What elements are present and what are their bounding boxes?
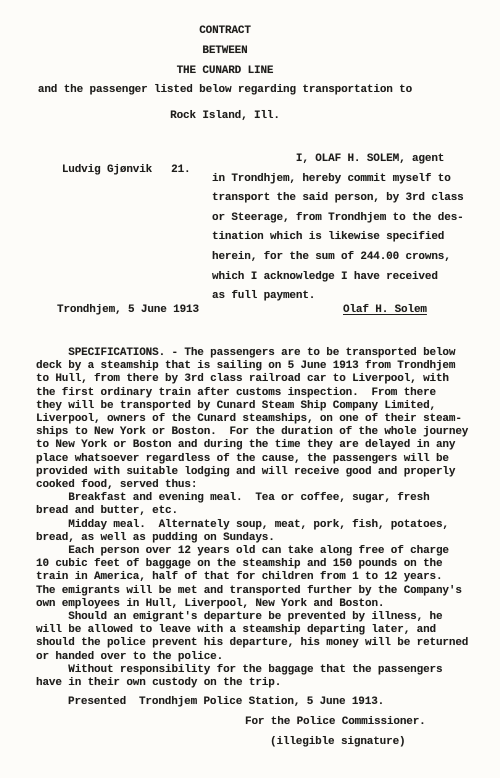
passenger-name: Ludvig Gjønvik [62,164,152,176]
passenger-number: 21. [171,164,190,176]
presented-line: Presented Trondhjem Police Station, 5 Ju… [68,696,384,709]
agent-statement: I, OLAF H. SOLEM, agent in Trondhjem, he… [212,150,492,307]
title-line-between: BETWEEN [30,42,420,62]
agent-signature: Olaf H. Solem [343,304,427,317]
place-date: Trondhjem, 5 June 1913 [57,304,199,317]
title-line-contract: CONTRACT [30,22,420,42]
passenger-row: Ludvig Gjønvik21. [36,151,191,190]
document-header: CONTRACT BETWEEN THE CUNARD LINE and the… [30,22,420,126]
destination-line: Rock Island, Ill. [30,107,420,127]
for-commissioner-line: For the Police Commissioner. [245,716,426,729]
title-line-cunard: THE CUNARD LINE [30,62,420,82]
signature-note: (illegible signature) [270,736,405,749]
subtitle-line: and the passenger listed below regarding… [30,81,420,101]
contract-document-page: CONTRACT BETWEEN THE CUNARD LINE and the… [0,0,500,778]
specifications-text: SPECIFICATIONS. - The passengers are to … [36,347,484,690]
